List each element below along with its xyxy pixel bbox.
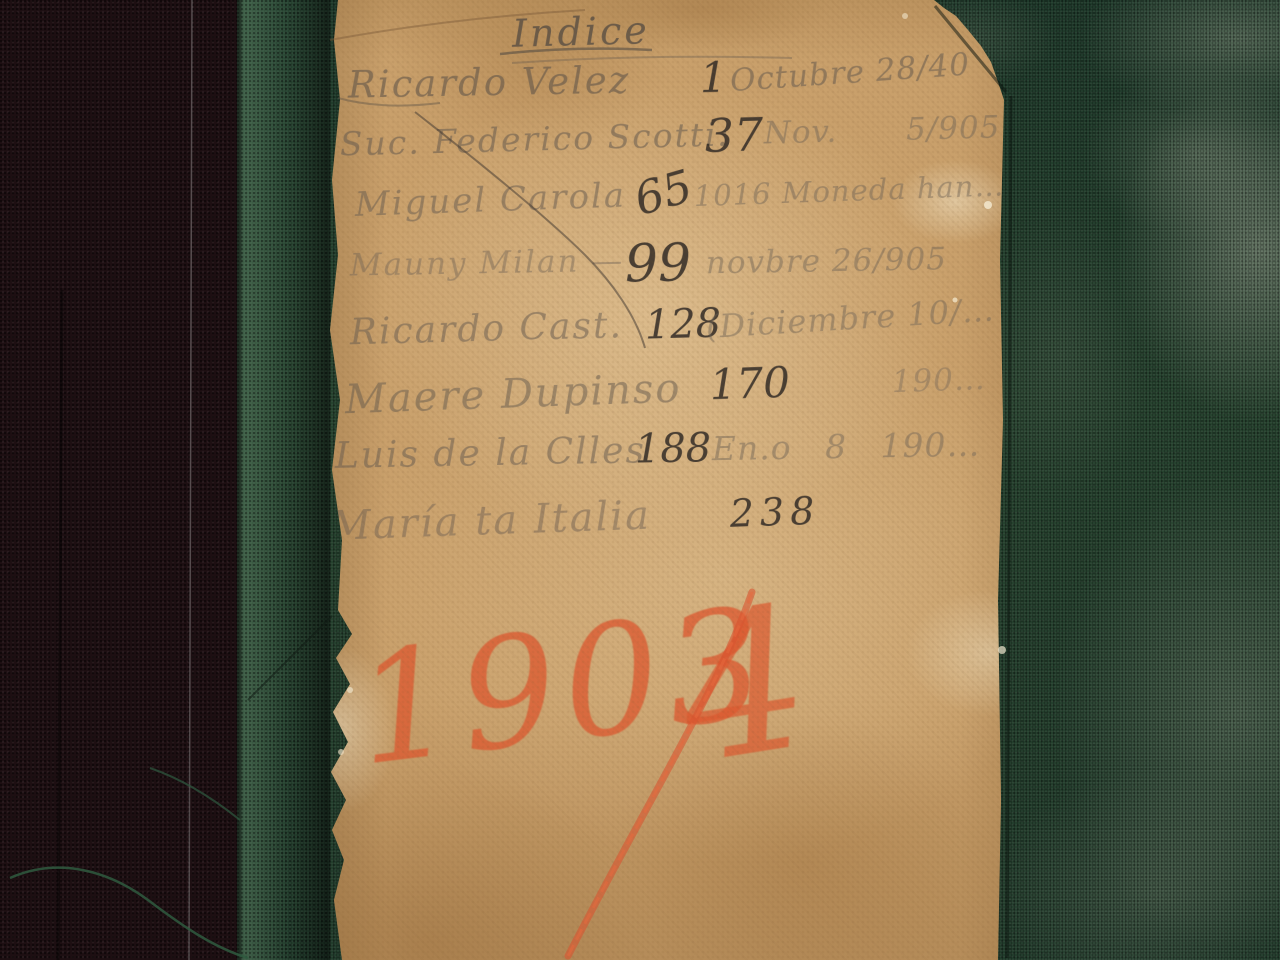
entry-page: 238 [729,489,821,536]
year-mark-4: 4 [665,564,824,809]
entry-name: Luis de la Clles [335,430,647,476]
ledger-cover-photo: Indice Ricardo Velez 1 Octubre 28/40 Suc… [0,0,1280,960]
entry-note: En.o 8 190… [711,425,980,469]
index-entry: Ricardo Velez 1 Octubre 28/40 [326,52,1011,122]
entry-note: 1016 Moneda han… [693,168,1005,213]
index-entry: Ricardo Cast. 128 (Diciembre 10/… [325,295,1010,371]
index-entry: María ta Italia 238 [325,480,1011,562]
index-entry: Suc. Federico Scotti: 37 Nov. 5/905 [325,107,1010,183]
entry-note: Nov. 5/905 [763,109,1001,151]
label-title: Indice [511,8,650,56]
entry-page: 188 [634,425,711,472]
entry-note: Octubre 28/40 [729,46,971,99]
entry-name: Ricardo Cast. [349,305,623,353]
entry-name: Ricardo Velez [348,59,631,107]
year-mark-1903: 1903 [347,573,780,799]
entry-page: 65 [628,159,698,226]
entry-page: 37 [704,108,764,164]
index-entry: Mauny Milan — 99 novbre 26/905 [326,236,1011,306]
index-entry: Miguel Carola 65 1016 Moneda han… [325,162,1011,244]
paper-index-label: Indice Ricardo Velez 1 Octubre 28/40 Suc… [326,0,1010,960]
entry-note: novbre 26/905 [706,241,948,281]
entry-name: Mauny Milan — [350,243,625,284]
index-entry: Luis de la Clles 188 En.o 8 190… [326,424,1011,494]
entry-note: 190… [891,361,986,400]
entry-name: María ta Italia [329,493,651,550]
entry-note: (Diciembre 10/… [705,290,996,346]
entry-page: 99 [624,234,691,295]
green-cloth-strip [237,0,330,960]
entry-page: 1 [699,53,727,102]
entry-page: 128 [644,301,722,349]
entry-name: Maere Dupinso [344,366,682,424]
entry-name: Miguel Carola [354,175,627,224]
index-entry: Maere Dupinso 170 190… [325,354,1011,436]
entry-page: 170 [709,358,791,410]
entry-name: Suc. Federico Scotti: [339,114,731,163]
leather-spine [0,0,237,960]
